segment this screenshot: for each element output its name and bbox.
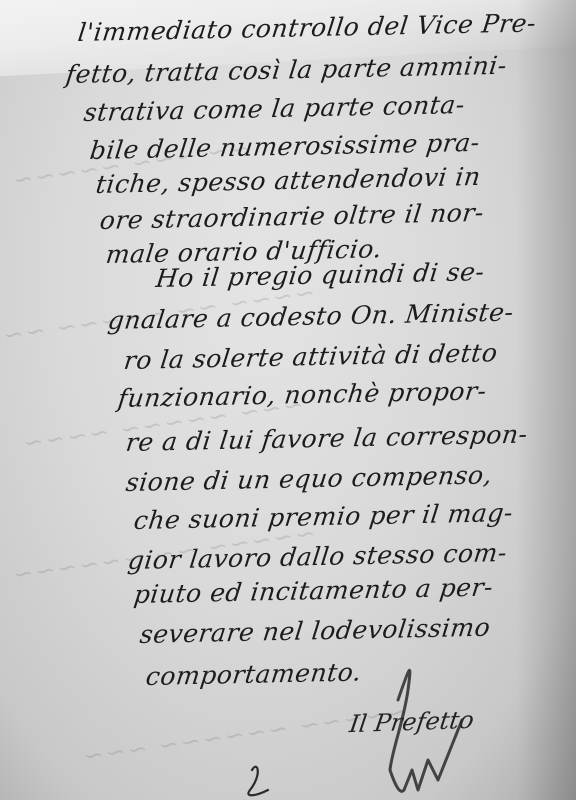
letter-line: comportamento.	[144, 658, 363, 691]
letter-page: ~~ ~~~ ~~~~~ ~~~~ ~~ ~~~~~ ~~ ~~~ ~~~~~ …	[0, 0, 576, 800]
closing-title: Il Prefetto	[348, 706, 476, 738]
letter-line: che suoni premio per il mag-	[132, 498, 515, 535]
letter-line: funzionario, nonchè propor-	[116, 376, 488, 413]
letter-line: strativa come la parte conta-	[82, 90, 466, 127]
letter-line: severare nel lodevolissimo	[138, 613, 492, 649]
letter-line: ore straordinarie oltre il nor-	[98, 198, 485, 235]
letter-line: bile delle numerosissime pra-	[88, 128, 481, 165]
letter-line: piuto ed incitamento a per-	[132, 573, 495, 609]
letter-line: sione di un equo compenso,	[124, 460, 494, 497]
letter-line: ro la solerte attività di detto	[122, 338, 499, 375]
letter-line: l'immediato controllo del Vice Pre-	[76, 8, 538, 47]
letter-line: Ho il pregio quindi di se-	[154, 257, 486, 293]
letter-line: fetto, tratta così la parte ammini-	[64, 51, 508, 89]
